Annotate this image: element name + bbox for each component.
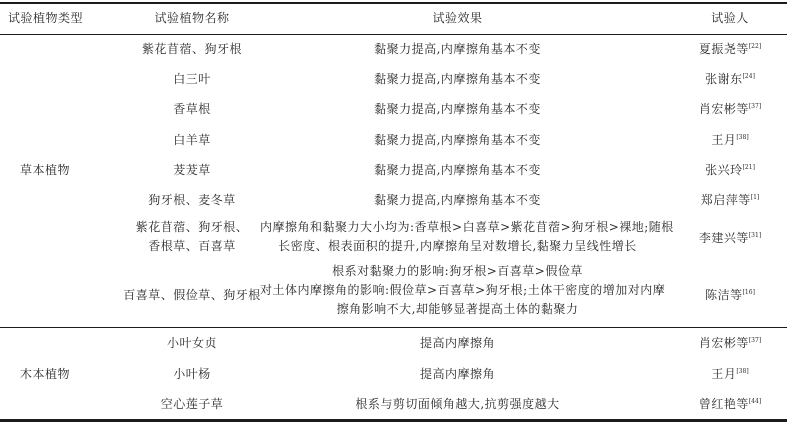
header-author: 试验人 (680, 10, 780, 26)
table-top-rule (0, 2, 787, 4)
reference-link[interactable]: [1] (751, 194, 760, 201)
author-name: 陈洁等 (705, 288, 743, 302)
plant-name: 香草根 (116, 101, 268, 117)
effect: 黏聚力提高,内摩擦角基本不变 (260, 162, 655, 178)
header-plant-name: 试验植物名称 (116, 10, 268, 26)
group-separator-rule (0, 327, 787, 328)
plant-name: 白羊草 (116, 132, 268, 148)
effect: 黏聚力提高,内摩擦角基本不变 (260, 41, 655, 57)
effect: 黏聚力提高,内摩擦角基本不变 (260, 101, 655, 117)
author: 肖宏彬等[37] (680, 101, 780, 117)
group-label-herbaceous: 草本植物 (20, 162, 70, 178)
reference-link[interactable]: [38] (736, 134, 748, 141)
author: 王月[38] (680, 366, 780, 382)
reference-link[interactable]: [38] (736, 368, 748, 375)
header-plant-type: 试验植物类型 (8, 10, 83, 26)
reference-link[interactable]: [31] (749, 232, 761, 239)
author-name: 曾红艳等 (699, 397, 749, 411)
effect: 黏聚力提高,内摩擦角基本不变 (260, 132, 655, 148)
author: 李建兴等[31] (680, 230, 780, 246)
header-rule (0, 34, 787, 35)
author-name: 夏振尧等 (699, 42, 749, 56)
reference-link[interactable]: [16] (743, 289, 755, 296)
author: 陈洁等[16] (680, 287, 780, 303)
author: 王月[38] (680, 132, 780, 148)
author-name: 肖宏彬等 (699, 102, 749, 116)
effect-line: 根系对黏聚力的影响:狗牙根>百喜草>假俭草 (260, 262, 655, 281)
author-name: 李建兴等 (699, 231, 749, 245)
author: 夏振尧等[22] (680, 41, 780, 57)
author: 肖宏彬等[37] (680, 335, 780, 351)
author-name: 张谢东 (705, 72, 743, 86)
plant-name: 空心莲子草 (116, 396, 268, 412)
plant-name: 小叶杨 (116, 366, 268, 382)
author-name: 肖宏彬等 (699, 336, 749, 350)
author: 曾红艳等[44] (680, 396, 780, 412)
plant-name: 紫花苜蓿、狗牙根、 香根草、百喜草 (116, 218, 268, 256)
effect: 黏聚力提高,内摩擦角基本不变 (260, 192, 655, 208)
effect: 根系与剪切面倾角越大,抗剪强度越大 (260, 396, 655, 412)
group-label-woody: 木本植物 (20, 366, 70, 382)
author: 张谢东[24] (680, 71, 780, 87)
plant-name: 小叶女贞 (116, 335, 268, 351)
effect: 提高内摩擦角 (260, 366, 655, 382)
plant-name: 紫花苜蓿、狗牙根 (116, 41, 268, 57)
reference-link[interactable]: [21] (743, 164, 755, 171)
reference-link[interactable]: [44] (749, 398, 761, 405)
author-name: 郑启萍等 (701, 193, 751, 207)
author-name: 王月 (711, 367, 736, 381)
effect: 提高内摩擦角 (260, 335, 655, 351)
effect: 根系对黏聚力的影响:狗牙根>百喜草>假俭草 对土体内摩擦角的影响:假俭草>百喜草… (260, 262, 655, 319)
plant-name-line: 紫花苜蓿、狗牙根、 (116, 218, 268, 237)
plant-name: 狗牙根、麦冬草 (116, 192, 268, 208)
effect-line: 长密度、根表面积的提升,内摩擦角呈对数增长,黏聚力呈线性增长 (260, 237, 655, 256)
plant-name-line: 香根草、百喜草 (116, 237, 268, 256)
effect: 内摩擦角和黏聚力大小均为:香草根>白喜草>紫花苜蓿>狗牙根>裸地;随根 长密度、… (260, 218, 655, 256)
author: 张兴玲[21] (680, 162, 780, 178)
effect-line: 擦角影响不大,却能够显著提高土体的黏聚力 (260, 300, 655, 319)
plant-name: 白三叶 (116, 71, 268, 87)
author-name: 张兴玲 (705, 163, 743, 177)
reference-link[interactable]: [22] (749, 43, 761, 50)
reference-link[interactable]: [37] (749, 337, 761, 344)
author-name: 王月 (711, 133, 736, 147)
header-effect: 试验效果 (260, 10, 655, 26)
effect: 黏聚力提高,内摩擦角基本不变 (260, 71, 655, 87)
effect-line: 内摩擦角和黏聚力大小均为:香草根>白喜草>紫花苜蓿>狗牙根>裸地;随根 (260, 218, 655, 237)
plant-name: 百喜草、假俭草、狗牙根 (116, 287, 268, 303)
reference-link[interactable]: [24] (743, 73, 755, 80)
reference-link[interactable]: [37] (749, 103, 761, 110)
author: 郑启萍等[1] (680, 192, 780, 208)
plant-name: 茇茇草 (116, 162, 268, 178)
effect-line: 对土体内摩擦角的影响:假俭草>百喜草>狗牙根;土体干密度的增加对内摩 (260, 281, 655, 300)
